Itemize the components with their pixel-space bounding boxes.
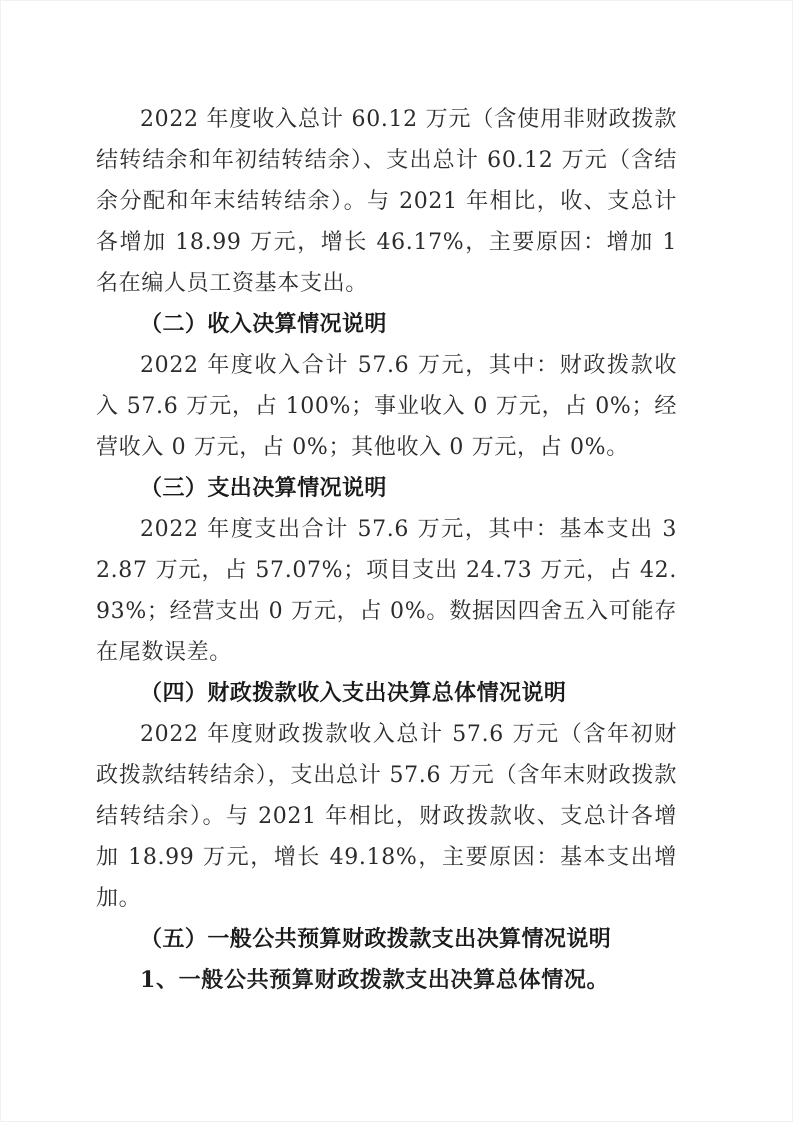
heading-expenditure-final-accounts: （三）支出决算情况说明 — [96, 468, 677, 509]
heading-fiscal-appropriation-overview: （四）财政拨款收入支出决算总体情况说明 — [96, 673, 677, 714]
document-content: 2022 年度收入总计 60.12 万元（含使用非财政拨款结转结余和年初结转结余… — [96, 99, 677, 1001]
para-income-detail: 2022 年度收入合计 57.6 万元，其中：财政拨款收入 57.6 万元，占 … — [96, 345, 677, 468]
heading-general-public-budget-expenditure: （五）一般公共预算财政拨款支出决算情况说明 — [96, 919, 677, 960]
subheading-general-public-budget-overview: 1、一般公共预算财政拨款支出决算总体情况。 — [96, 960, 677, 1001]
para-expenditure-detail: 2022 年度支出合计 57.6 万元，其中：基本支出 32.87 万元，占 5… — [96, 509, 677, 673]
para-annual-income-expenditure-total: 2022 年度收入总计 60.12 万元（含使用非财政拨款结转结余和年初结转结余… — [96, 99, 677, 304]
heading-income-final-accounts: （二）收入决算情况说明 — [96, 304, 677, 345]
document-page: 2022 年度收入总计 60.12 万元（含使用非财政拨款结转结余和年初结转结余… — [0, 0, 793, 1122]
para-fiscal-appropriation-detail: 2022 年度财政拨款收入总计 57.6 万元（含年初财政拨款结转结余），支出总… — [96, 714, 677, 919]
